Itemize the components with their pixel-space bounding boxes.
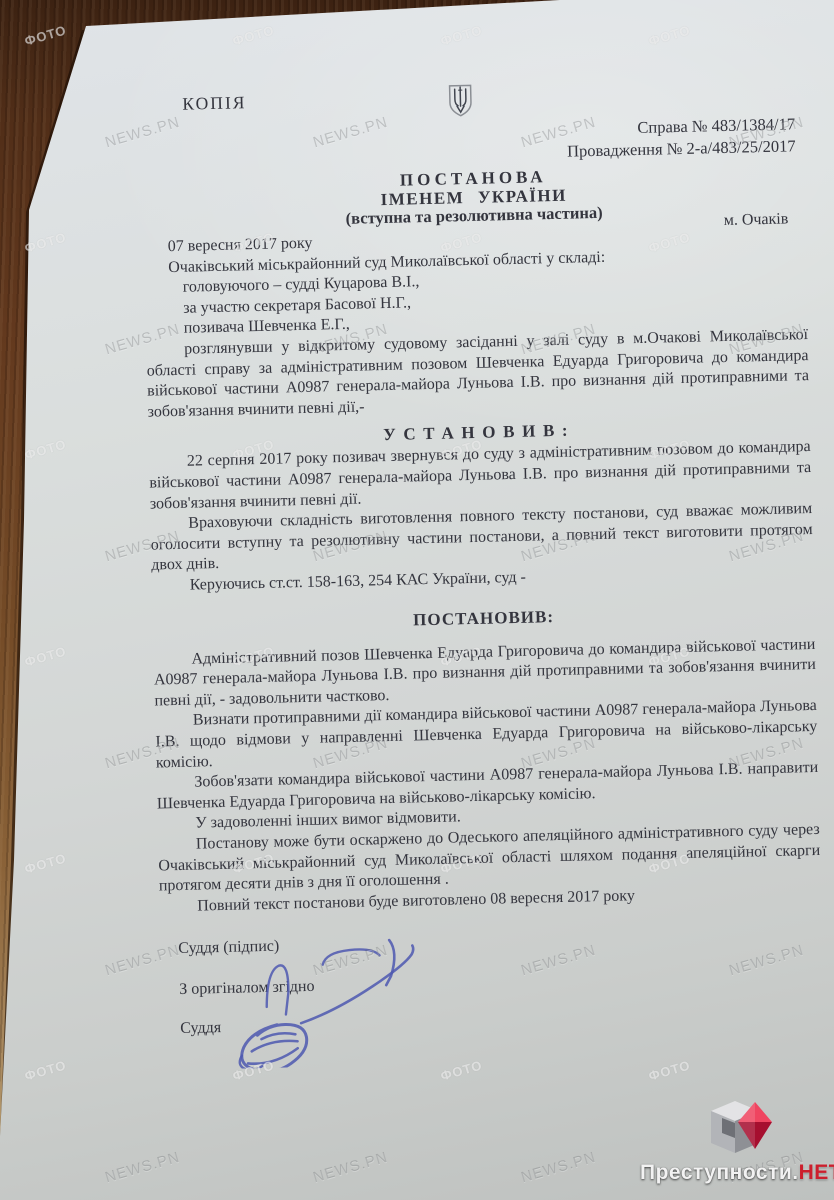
intro-paragraph: розглянувши у відкритому судовому засіда… [146,325,810,423]
resolved-heading: ПОСТАНОВИВ: [152,599,814,639]
site-name: Преступности.НЕТ [640,1161,834,1185]
copy-label: КОПІЯ [182,92,246,114]
photo-of-court-document: { "watermarks": { "news": "NEWS.PN", "fo… [0,0,834,1200]
ukraine-trident-icon [446,83,475,120]
crime-net-gem-cube-icon [695,1096,779,1158]
watermark-foto: ФОТО [23,22,68,48]
court-ruling-document: КОПІЯ Справа № 483/1384/17 Провадження №… [140,71,824,1039]
judge-signature-ink [215,919,448,1069]
site-logo: Преступности.НЕТ [640,1096,834,1196]
